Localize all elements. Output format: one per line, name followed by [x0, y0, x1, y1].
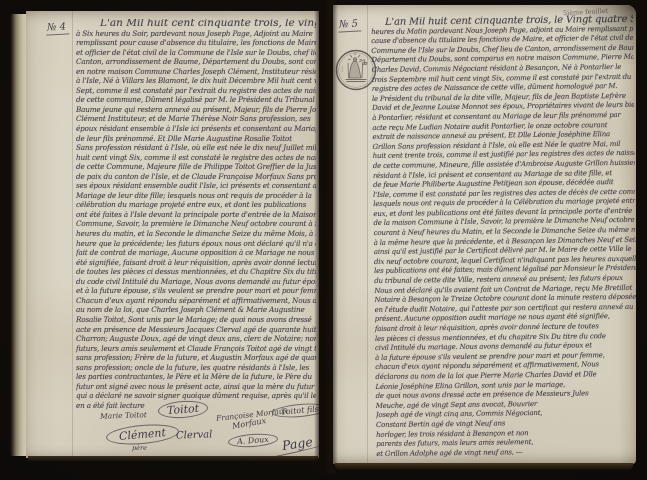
manuscript-line: huit cent vingt Six, comme il est consta…: [76, 153, 316, 163]
signature: A. Doux: [228, 432, 279, 448]
page-edge-stack: [10, 14, 27, 456]
signature: Clerval: [176, 429, 213, 441]
right-page-text: L'an Mil huit cent cinquante trois, le V…: [371, 15, 636, 462]
left-page: № 4 L'an Mil huit cent cinquante trois, …: [26, 11, 319, 458]
manuscript-line: Mariage de leur dite fille; lesquels nou…: [76, 191, 316, 201]
manuscript-line: sans profession; oncle de la future, les…: [76, 363, 316, 373]
manuscript-line: Baume jeune qui restera annexé au présen…: [76, 105, 316, 115]
manuscript-line: été signifiée, faisant droit à leur réqu…: [76, 258, 316, 268]
right-page: № 5 5ième feuillet L'an Mil huit: [333, 5, 636, 464]
left-page-text: L'an Mil huit cent cinquante trois, le v…: [76, 19, 316, 415]
manuscript-line: Rosalie Toitot, Sont unis par le Mariage…: [76, 315, 316, 325]
manuscript-line: à Six heures du Soir, pardevant nous Jos…: [76, 29, 316, 39]
book-gutter-shadow: [314, 0, 338, 474]
register-book-scan: № 4 L'an Mil huit cent cinquante trois, …: [0, 0, 647, 480]
manuscript-line: Canton, arrondissement de Baume, Départe…: [76, 57, 316, 67]
manuscript-line: L'an Mil huit cent cinquante trois, le v…: [76, 19, 316, 29]
manuscript-line: Charron; Auguste Doux, agé de vingt deux…: [76, 334, 316, 344]
book-bottom-edge: [28, 456, 318, 461]
manuscript-line: en notre maison Commune Charles Joseph C…: [76, 67, 316, 77]
manuscript-line: fait de contrat de mariage, Aucune oppos…: [76, 248, 316, 258]
manuscript-line: célébration du mariage projeté entre eux…: [76, 200, 316, 210]
manuscript-line: ont été faites à l'Isle devant la princi…: [76, 210, 316, 220]
manuscript-line: et à la future épouse, s'ils veulent se …: [76, 286, 316, 296]
manuscript-line: à l'Isle, Né à Villars les Blamont, le d…: [76, 76, 316, 86]
signature: Page: [281, 434, 313, 453]
act-number-right: № 5: [338, 18, 362, 32]
manuscript-line: qui a déclaré ne savoir signer quoique d…: [76, 391, 316, 401]
manuscript-line: de leur fils prénommé. Et Dlle Marie Aug…: [76, 134, 316, 144]
act-number-left: № 4: [46, 21, 70, 35]
manuscript-line: heure que la précédente; les futurs épou…: [76, 239, 316, 249]
book-bottom-edge: [335, 463, 633, 470]
manuscript-line: et officier de l'état civil de la Commun…: [76, 48, 316, 58]
manuscript-line: heures du matin, et la Seconde le dimanc…: [76, 229, 316, 239]
manuscript-line: futur ont signé avec nous le présent act…: [76, 382, 316, 392]
manuscript-line: de cette Commune, Majeure fille de Phili…: [76, 162, 316, 172]
manuscript-line: Sept, comme il est constaté par l'extrai…: [76, 86, 316, 96]
manuscript-line: futurs, leurs amis seulement et Claude F…: [76, 344, 316, 354]
manuscript-line: de cette commune, Dûment légalisé par M.…: [76, 95, 316, 105]
manuscript-line: du code civil Intitulé du Mariage, Nous …: [76, 277, 316, 287]
manuscript-line: en a été fait lecture: [76, 401, 316, 411]
manuscript-line: Sans profession résidant à l'Isle, où el…: [76, 143, 316, 153]
signature: Morfaux: [231, 416, 266, 431]
manuscript-line: de toutes les pièces ci dessus mentionné…: [76, 267, 316, 277]
manuscript-line: de paix du canton de l'Isle, et de Claud…: [76, 172, 316, 182]
manuscript-line: Clément Instituteur, et de Marie Thérèse…: [76, 114, 316, 124]
manuscript-line: sans profession; Frère de la future, et …: [76, 353, 316, 363]
manuscript-line: époux résidant ensemble à l'Isle ici pré…: [76, 124, 316, 134]
manuscript-line: Commune, Savoir, la première le Dimanche…: [76, 219, 316, 229]
manuscript-line: les parties contractantes, le Père et la…: [76, 372, 316, 382]
manuscript-line: ses époux résidant ensemble audit l'Isle…: [76, 181, 316, 191]
manuscript-line: remplissant pour cause d'absence du titu…: [76, 38, 316, 48]
manuscript-line: Chacun d'eux ayant répondu séparément et…: [76, 296, 316, 306]
signature: père: [132, 444, 147, 452]
signature: Clément: [105, 422, 179, 447]
manuscript-line: acte en présence de Messieurs Jacques Cl…: [76, 325, 316, 335]
margin-rule: [72, 11, 73, 458]
manuscript-line: au nom de la loi, que Charles Joseph Clé…: [76, 305, 316, 315]
